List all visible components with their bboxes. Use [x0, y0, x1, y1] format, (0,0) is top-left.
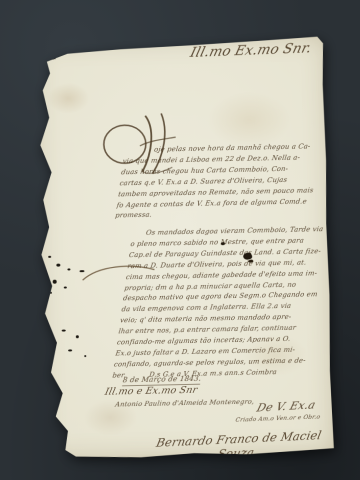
ink-blot-small	[221, 242, 225, 245]
valediction: De V. Ex.a	[255, 398, 317, 414]
pen-swash	[80, 262, 156, 284]
manuscript-paper: Ill.mo Ex.mo Snr. oje pelas nove hora da…	[32, 34, 337, 461]
signature: Bernardo Franco de Maciel Souza	[143, 428, 332, 468]
body-paragraph-1: oje pelas nove hora da manhã chegou a Ca…	[114, 141, 327, 222]
addressee-line: Antonio Paulino d'Almeida Montenegro,	[115, 398, 255, 409]
closing-salutation: Ill.mo e Ex.mo Snr	[104, 385, 199, 398]
salutation-top: Ill.mo Ex.mo Snr.	[182, 40, 321, 61]
photo-background: { "colors": { "background": "#2b3136", "…	[0, 0, 360, 480]
body-paragraph-2: Os mandados dagoa vieram Commboio, Tarde…	[112, 224, 336, 381]
valediction-courtesy-line: Criado Am.o Ven.or e Obr.o	[235, 414, 321, 423]
paper-sheet: Ill.mo Ex.mo Snr. oje pelas nove hora da…	[32, 34, 337, 461]
torn-edge-mark	[39, 56, 59, 74]
ink-specks	[32, 34, 328, 40]
ink-blot	[243, 253, 252, 260]
